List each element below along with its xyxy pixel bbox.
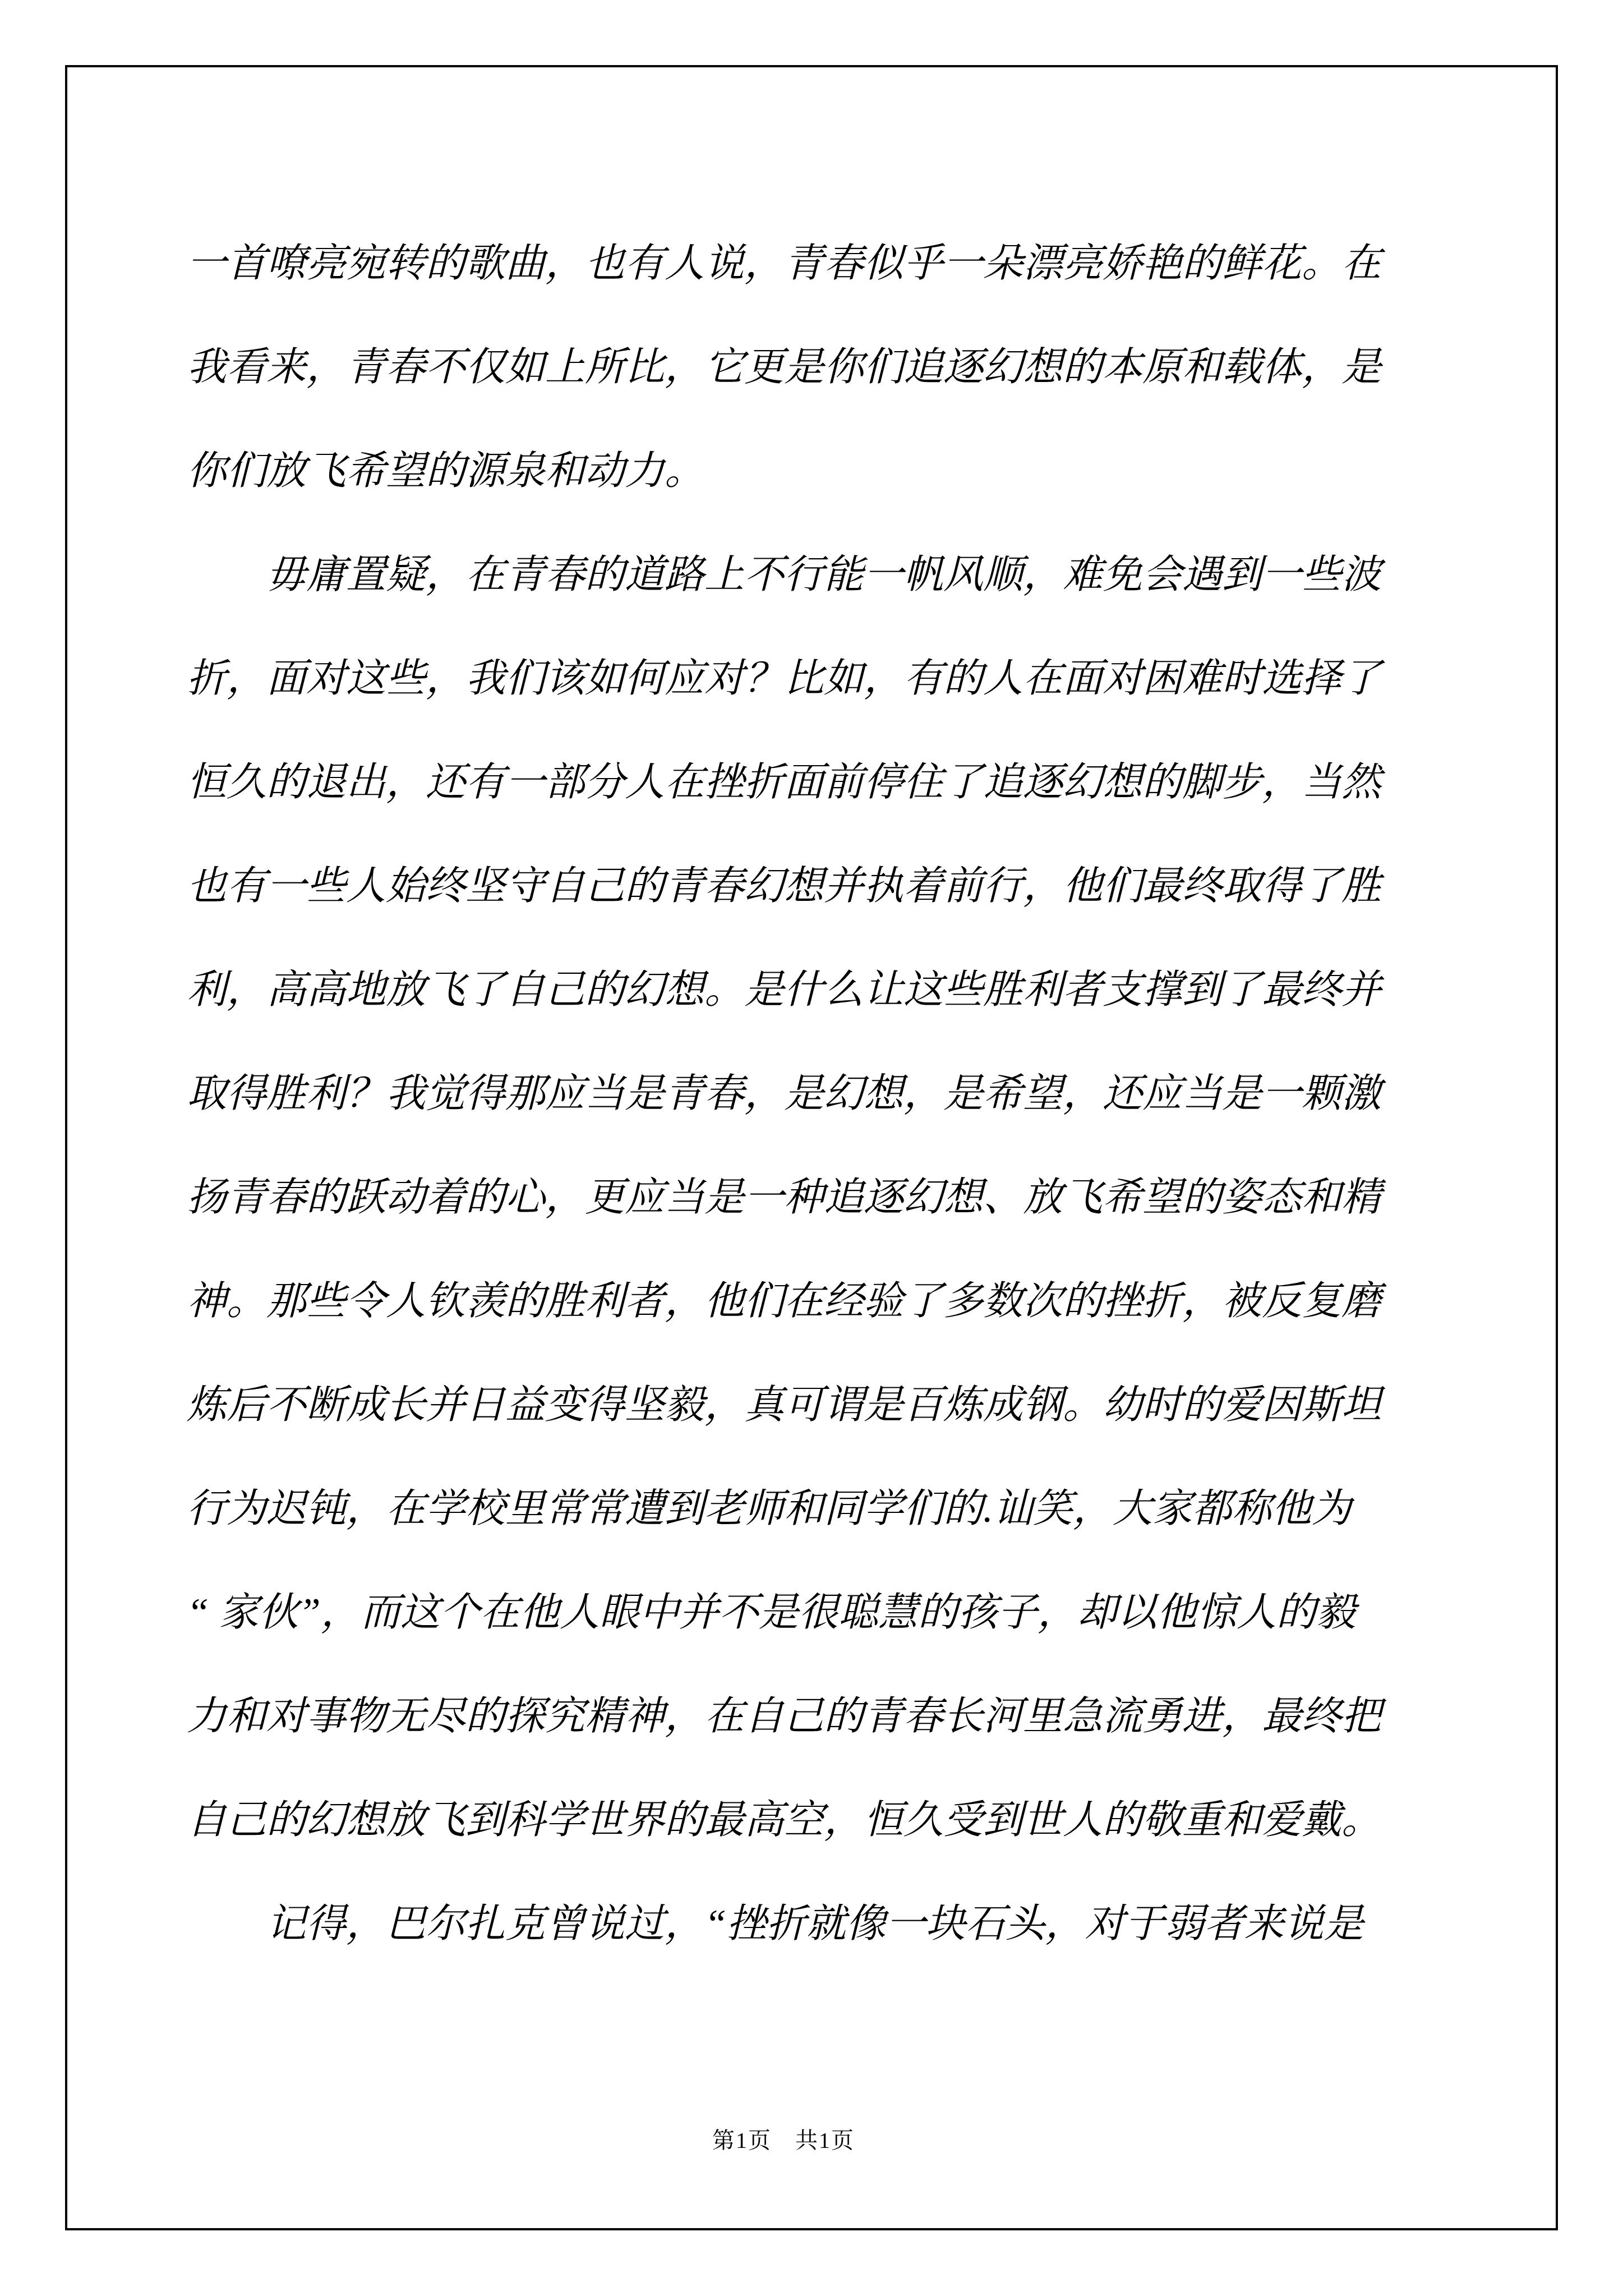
document-page: 一首嘹亮宛转的歌曲，也有人说，青春似乎一朵漂亮娇艳的鲜花。在 我看来，青春不仅如… bbox=[0, 0, 1623, 2296]
text-line: 神。那些令人钦羡的胜利者，他们在经验了多数次的挫折，被反复磨 bbox=[187, 1250, 1454, 1354]
text-line: 取得胜利？我觉得那应当是青春，是幻想，是希望，还应当是一颗激 bbox=[187, 1042, 1454, 1146]
text-block: 一首嘹亮宛转的歌曲，也有人说，青春似乎一朵漂亮娇艳的鲜花。在 我看来，青春不仅如… bbox=[187, 212, 1454, 1976]
text-line: 我看来，青春不仅如上所比，它更是你们追逐幻想的本原和载体，是 bbox=[187, 316, 1454, 420]
page-border-frame: 一首嘹亮宛转的歌曲，也有人说，青春似乎一朵漂亮娇艳的鲜花。在 我看来，青春不仅如… bbox=[65, 65, 1558, 2230]
text-line: 利，高高地放飞了自己的幻想。是什么让这些胜利者支撑到了最终并 bbox=[187, 938, 1454, 1042]
text-line: 力和对事物无尽的探究精神，在自己的青春长河里急流勇进，最终把 bbox=[187, 1665, 1454, 1769]
text-line: 行为迟钝，在学校里常常遭到老师和同学们的.讪笑，大家都称他为 bbox=[187, 1457, 1454, 1561]
text-line: 自己的幻想放飞到科学世界的最高空，恒久受到世人的敬重和爱戴。 bbox=[187, 1769, 1454, 1872]
text-line: 一首嘹亮宛转的歌曲，也有人说，青春似乎一朵漂亮娇艳的鲜花。在 bbox=[187, 212, 1454, 316]
text-line: 折，面对这些，我们该如何应对？比如，有的人在面对困难时选择了 bbox=[187, 627, 1454, 731]
text-line: 炼后不断成长并日益变得坚毅，真可谓是百炼成钢。幼时的爱因斯坦 bbox=[187, 1354, 1454, 1457]
text-line: 毋庸置疑，在青春的道路上不行能一帆风顺，难免会遇到一些波 bbox=[187, 523, 1454, 627]
text-line: 记得，巴尔扎克曾说过，“挫折就像一块石头，对于弱者来说是 bbox=[187, 1872, 1454, 1976]
text-line: 也有一些人始终坚守自己的青春幻想并执着前行，他们最终取得了胜 bbox=[187, 835, 1454, 938]
text-line: 恒久的退出，还有一部分人在挫折面前停住了追逐幻想的脚步，当然 bbox=[187, 731, 1454, 835]
text-line: “ 家伙”，而这个在他人眼中并不是很聪慧的孩子，却以他惊人的毅 bbox=[187, 1561, 1454, 1665]
page-number-footer: 第1页 共1页 bbox=[712, 2127, 855, 2154]
text-line: 你们放飞希望的源泉和动力。 bbox=[187, 420, 1454, 523]
text-line: 扬青春的跃动着的心，更应当是一种追逐幻想、放飞希望的姿态和精 bbox=[187, 1146, 1454, 1250]
